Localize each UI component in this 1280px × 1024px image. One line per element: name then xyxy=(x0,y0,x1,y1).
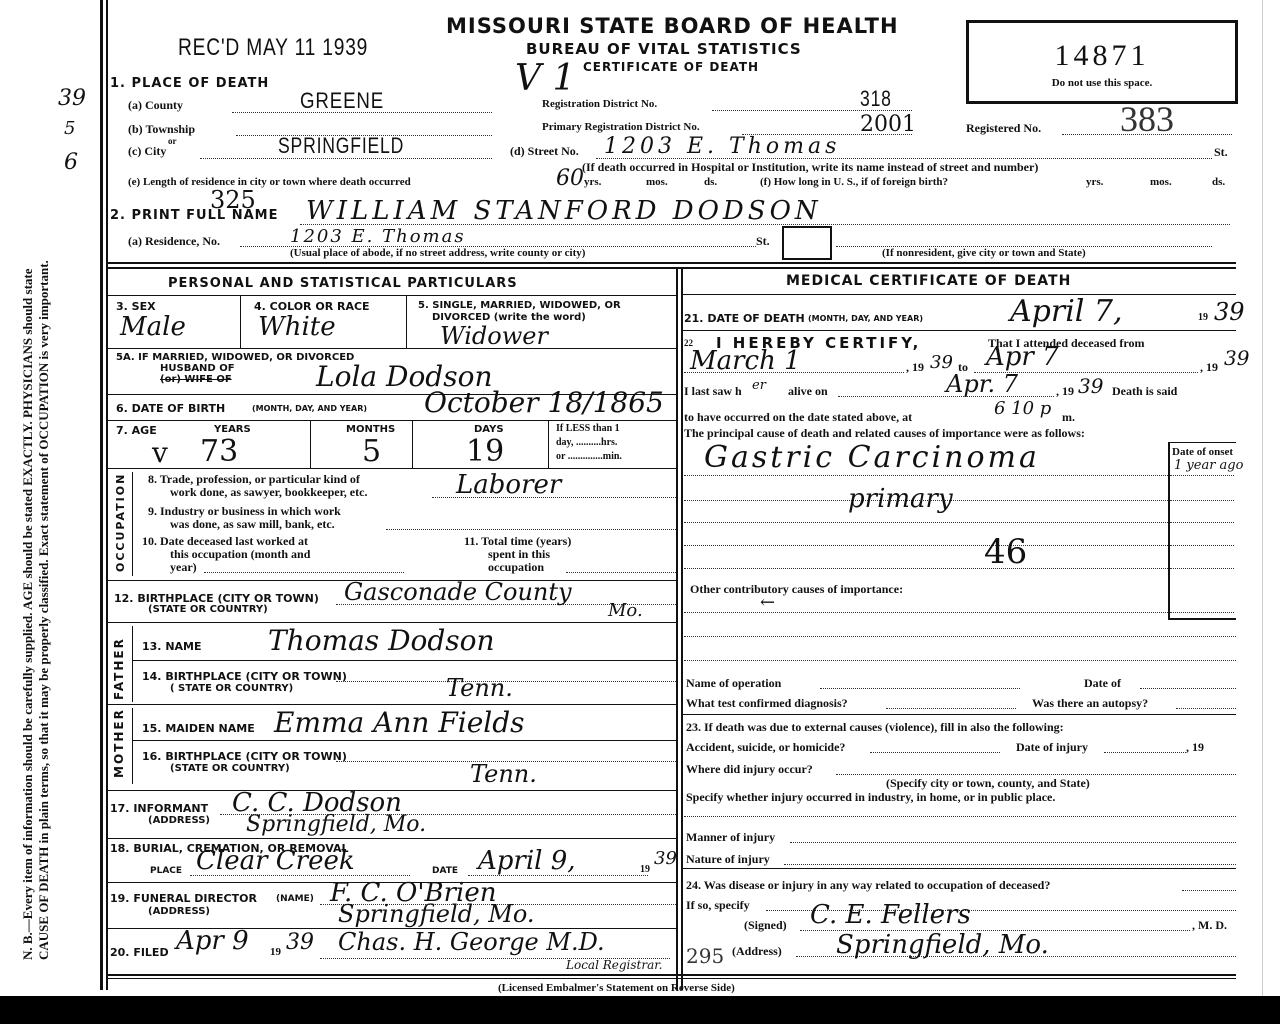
burial-date-value[interactable]: April 9, xyxy=(478,846,576,876)
months-value[interactable]: 5 xyxy=(362,434,381,469)
occurred-at-label: to have occurred on the date stated abov… xyxy=(684,410,912,425)
primary-registration-label: Primary Registration District No. xyxy=(542,121,700,133)
bureau-subtitle: BUREAU OF VITAL STATISTICS xyxy=(526,40,802,58)
filed-year-prefix: 19 xyxy=(270,946,281,958)
marital-value[interactable]: Widower xyxy=(440,322,548,350)
stamp-number: 295 xyxy=(686,944,724,968)
burial-place-label: PLACE xyxy=(150,866,182,876)
foreign-yrs-label: yrs. xyxy=(1086,176,1103,188)
registered-no-label: Registered No. xyxy=(966,121,1041,136)
file-box-note: Do not use this space. xyxy=(969,77,1235,89)
industry-label-2: was done, as saw mill, bank, etc. xyxy=(170,517,335,532)
birthplace-state-value[interactable]: Mo. xyxy=(608,600,643,621)
physician-address-label: (Address) xyxy=(732,944,782,959)
m-label: m. xyxy=(1062,410,1075,425)
cause-sub-value[interactable]: primary xyxy=(848,484,953,514)
yrs-label: yrs. xyxy=(584,176,601,188)
mother-birthplace-value[interactable]: Tenn. xyxy=(470,760,537,788)
autopsy-label: Was there an autopsy? xyxy=(1032,696,1148,711)
residence-length-label: (e) Length of residence in city or town … xyxy=(128,176,411,188)
city-label: (c) City xyxy=(128,144,166,159)
operation-label: Name of operation xyxy=(686,676,781,691)
marital-label: 5. SINGLE, MARRIED, WIDOWED, OR xyxy=(418,300,621,311)
mother-birthplace-label-2: (STATE OR COUNTRY) xyxy=(170,763,290,774)
county-label: (a) County xyxy=(128,98,183,113)
ds-label: ds. xyxy=(704,176,717,188)
dod-year-prefix: 19 xyxy=(1198,312,1208,323)
last-saw-value[interactable]: Apr. 7 xyxy=(946,370,1018,398)
date-of-death-label: 21. DATE OF DEATH xyxy=(684,312,805,325)
last-worked-label-3: year) xyxy=(170,560,197,575)
left-border-inner xyxy=(106,0,108,990)
burial-date-label: DATE xyxy=(432,866,458,876)
registrar-signature[interactable]: Chas. H. George M.D. xyxy=(338,928,605,956)
sex-value[interactable]: Male xyxy=(120,312,186,342)
trade-value[interactable]: Laborer xyxy=(456,470,561,500)
residence-value[interactable]: 1203 E. Thomas xyxy=(290,226,466,247)
death-said-label: Death is said xyxy=(1112,384,1177,399)
file-number: 14871 xyxy=(969,39,1235,73)
last-saw-year-prefix: , 19 xyxy=(1056,384,1074,399)
board-title: MISSOURI STATE BOARD OF HEALTH xyxy=(446,14,899,38)
years-value[interactable]: 73 xyxy=(200,434,238,469)
alive-on-label: alive on xyxy=(788,384,828,399)
street-suffix: St. xyxy=(1214,145,1228,160)
street-label: (d) Street No. xyxy=(510,144,579,159)
occupation-side-label: OCCUPATION xyxy=(114,473,127,572)
accident-label: Accident, suicide, or homicide? xyxy=(686,740,845,755)
maiden-name-label: 15. MAIDEN NAME xyxy=(142,722,255,735)
md-label: , M. D. xyxy=(1192,918,1227,933)
medical-section-title: MEDICAL CERTIFICATE OF DEATH xyxy=(786,273,1071,289)
received-stamp: REC'D MAY 11 1939 xyxy=(178,34,368,62)
embalmer-footer-note: (Licensed Embalmer's Statement on Revers… xyxy=(498,982,735,994)
total-time-label-3: occupation xyxy=(488,560,544,575)
trade-label-2: work done, as sawyer, bookkeeper, etc. xyxy=(170,485,367,500)
age-check-mark: v xyxy=(152,436,168,469)
informant-address-value[interactable]: Springfield, Mo. xyxy=(246,812,426,837)
time-of-death-value[interactable]: 6 10 p xyxy=(994,398,1051,419)
pencil-mark-3: 6 xyxy=(64,150,78,175)
registration-district-label: Registration District No. xyxy=(542,98,657,110)
township-label: (b) Township xyxy=(128,122,195,137)
date-of-death-sub: (MONTH, DAY, AND YEAR) xyxy=(808,314,923,323)
days-value[interactable]: 19 xyxy=(466,434,504,469)
burial-year-prefix: 19 xyxy=(640,864,650,875)
operation-date-label: Date of xyxy=(1084,676,1121,691)
residence-label: (a) Residence, No. xyxy=(128,234,220,249)
maiden-name-value[interactable]: Emma Ann Fields xyxy=(274,706,525,739)
filed-date-value[interactable]: Apr 9 xyxy=(176,926,249,956)
personal-section-title: PERSONAL AND STATISTICAL PARTICULARS xyxy=(168,276,518,291)
father-name-value[interactable]: Thomas Dodson xyxy=(268,624,495,657)
spouse-label-2: HUSBAND OF xyxy=(160,363,235,374)
primary-registration-value[interactable]: 2001 xyxy=(860,112,916,137)
if-so-specify-label: If so, specify xyxy=(686,898,750,913)
burial-year-value[interactable]: 39 xyxy=(654,848,677,869)
injury-where-label: Where did injury occur? xyxy=(686,762,813,777)
county-value[interactable]: GREENE xyxy=(300,88,384,114)
race-value[interactable]: White xyxy=(258,312,336,342)
file-number-box: 14871 Do not use this space. xyxy=(966,20,1238,104)
attended-to-year[interactable]: 39 xyxy=(1224,346,1249,370)
funeral-address-value[interactable]: Springfield, Mo. xyxy=(338,900,535,928)
filed-label: 20. FILED xyxy=(110,946,169,959)
residence-st: St. xyxy=(756,234,770,249)
full-name-value[interactable]: WILLIAM STANFORD DODSON xyxy=(306,196,822,226)
spouse-label-3: (or) WIFE OF xyxy=(160,374,232,385)
cause-code-mark: 46 xyxy=(984,532,1027,572)
less-than-day-min: or ..............min. xyxy=(556,451,622,462)
pencil-mark-2: 5 xyxy=(64,118,75,139)
funeral-director-label: 19. FUNERAL DIRECTOR xyxy=(110,892,257,905)
age-label: 7. AGE xyxy=(116,424,157,437)
injury-year-prefix: , 19 xyxy=(1186,740,1204,755)
father-name-label: 13. NAME xyxy=(142,640,202,653)
less-than-day-hrs: day, ..........hrs. xyxy=(556,437,617,448)
date-of-death-value[interactable]: April 7, xyxy=(1010,294,1123,329)
informant-label: 17. INFORMANT xyxy=(110,802,208,815)
local-registrar-label: Local Registrar. xyxy=(566,958,662,972)
mother-birthplace-label: 16. BIRTHPLACE (CITY OR TOWN) xyxy=(142,750,347,763)
test-confirmed-label: What test confirmed diagnosis? xyxy=(686,696,848,711)
informant-address-label: (ADDRESS) xyxy=(148,815,210,826)
nonresident-note: (If nonresident, give city or town and S… xyxy=(882,247,1086,259)
other-causes-label: Other contributory causes of importance: xyxy=(690,582,903,597)
nature-of-injury-label: Nature of injury xyxy=(686,852,770,867)
margin-note-line1: N. B.—Every item of information should b… xyxy=(20,268,36,960)
foreign-mos-label: mos. xyxy=(1150,176,1172,188)
street-note: (If death occurred in Hospital or Instit… xyxy=(582,160,1038,175)
occupation-related-label: 24. Was disease or injury in any way rel… xyxy=(686,878,1050,893)
dob-sub-label: (MONTH, DAY, AND YEAR) xyxy=(252,404,367,413)
death-certificate: N. B.—Every item of information should b… xyxy=(0,0,1280,996)
residence-box[interactable] xyxy=(782,226,832,260)
external-causes-label: 23. If death was due to external causes … xyxy=(686,720,1064,735)
registered-no-value[interactable]: 383 xyxy=(1120,98,1174,140)
filed-year-value[interactable]: 39 xyxy=(286,930,314,955)
onset-value[interactable]: 1 year ago xyxy=(1174,458,1243,473)
birthplace-city-value[interactable]: Gasconade County xyxy=(344,578,572,606)
father-side-label: FATHER xyxy=(112,637,126,700)
registration-district-value[interactable]: 318 xyxy=(860,86,892,112)
injury-date-label: Date of injury xyxy=(1016,740,1088,755)
left-border xyxy=(100,0,103,990)
father-birthplace-value[interactable]: Tenn. xyxy=(446,674,513,702)
pencil-mark-1: 39 xyxy=(58,86,86,111)
funeral-name-sub: (NAME) xyxy=(276,894,314,904)
burial-place-value[interactable]: Clear Creek xyxy=(196,846,355,876)
dob-value[interactable]: October 18/1865 xyxy=(424,386,664,419)
street-value[interactable]: 1203 E. Thomas xyxy=(604,134,840,159)
cause-of-death-value[interactable]: Gastric Carcinoma xyxy=(704,440,1040,475)
attended-to-year-prefix: , 19 xyxy=(1200,360,1218,375)
mos-label: mos. xyxy=(646,176,668,188)
dod-year-value[interactable]: 39 xyxy=(1214,298,1245,326)
injury-where-note: (Specify city or town, county, and State… xyxy=(886,776,1090,791)
signed-label: (Signed) xyxy=(744,918,787,933)
residence-note: (Usual place of abode, if no street addr… xyxy=(290,247,585,259)
place-of-death-label: 1. PLACE OF DEATH xyxy=(110,76,269,91)
city-value[interactable]: SPRINGFIELD xyxy=(278,133,404,159)
onset-label: Date of onset xyxy=(1172,446,1233,458)
residence-length-value[interactable]: 60 xyxy=(556,166,584,191)
other-causes-value[interactable]: ← xyxy=(760,592,775,613)
father-birthplace-label: 14. BIRTHPLACE (CITY OR TOWN) xyxy=(142,670,347,683)
attended-from-year-prefix: , 19 xyxy=(906,360,924,375)
attended-to-value[interactable]: Apr 7 xyxy=(986,342,1059,372)
margin-note-line2: CAUSE OF DEATH in plain terms, so that i… xyxy=(36,260,52,960)
dob-label: 6. DATE OF BIRTH xyxy=(116,402,225,415)
pencil-number: 325 xyxy=(210,186,256,214)
foreign-ds-label: ds. xyxy=(1212,176,1225,188)
foreign-birth-label: (f) How long in U. S., if of foreign bir… xyxy=(760,176,948,188)
form-title: CERTIFICATE OF DEATH xyxy=(583,60,759,74)
less-than-day-label: If LESS than 1 xyxy=(556,423,620,434)
birthplace-label-2: (STATE OR COUNTRY) xyxy=(148,604,268,615)
physician-signature[interactable]: C. E. Fellers xyxy=(810,900,971,930)
mother-side-label: MOTHER xyxy=(112,708,126,778)
funeral-address-label: (ADDRESS) xyxy=(148,906,210,917)
injury-specify-label: Specify whether injury occurred in indus… xyxy=(686,790,1055,805)
or-label: or xyxy=(168,136,177,146)
last-saw-pronoun[interactable]: er xyxy=(752,378,766,393)
manner-of-injury-label: Manner of injury xyxy=(686,830,775,845)
physician-address-value[interactable]: Springfield, Mo. xyxy=(836,930,1049,960)
principal-cause-label: The principal cause of death and related… xyxy=(684,426,1085,441)
margin-check-marks: V 1 xyxy=(515,58,575,99)
father-birthplace-label-2: ( STATE OR COUNTRY) xyxy=(170,683,293,694)
last-saw-year[interactable]: 39 xyxy=(1078,374,1103,398)
last-saw-label: I last saw h xyxy=(684,384,742,399)
